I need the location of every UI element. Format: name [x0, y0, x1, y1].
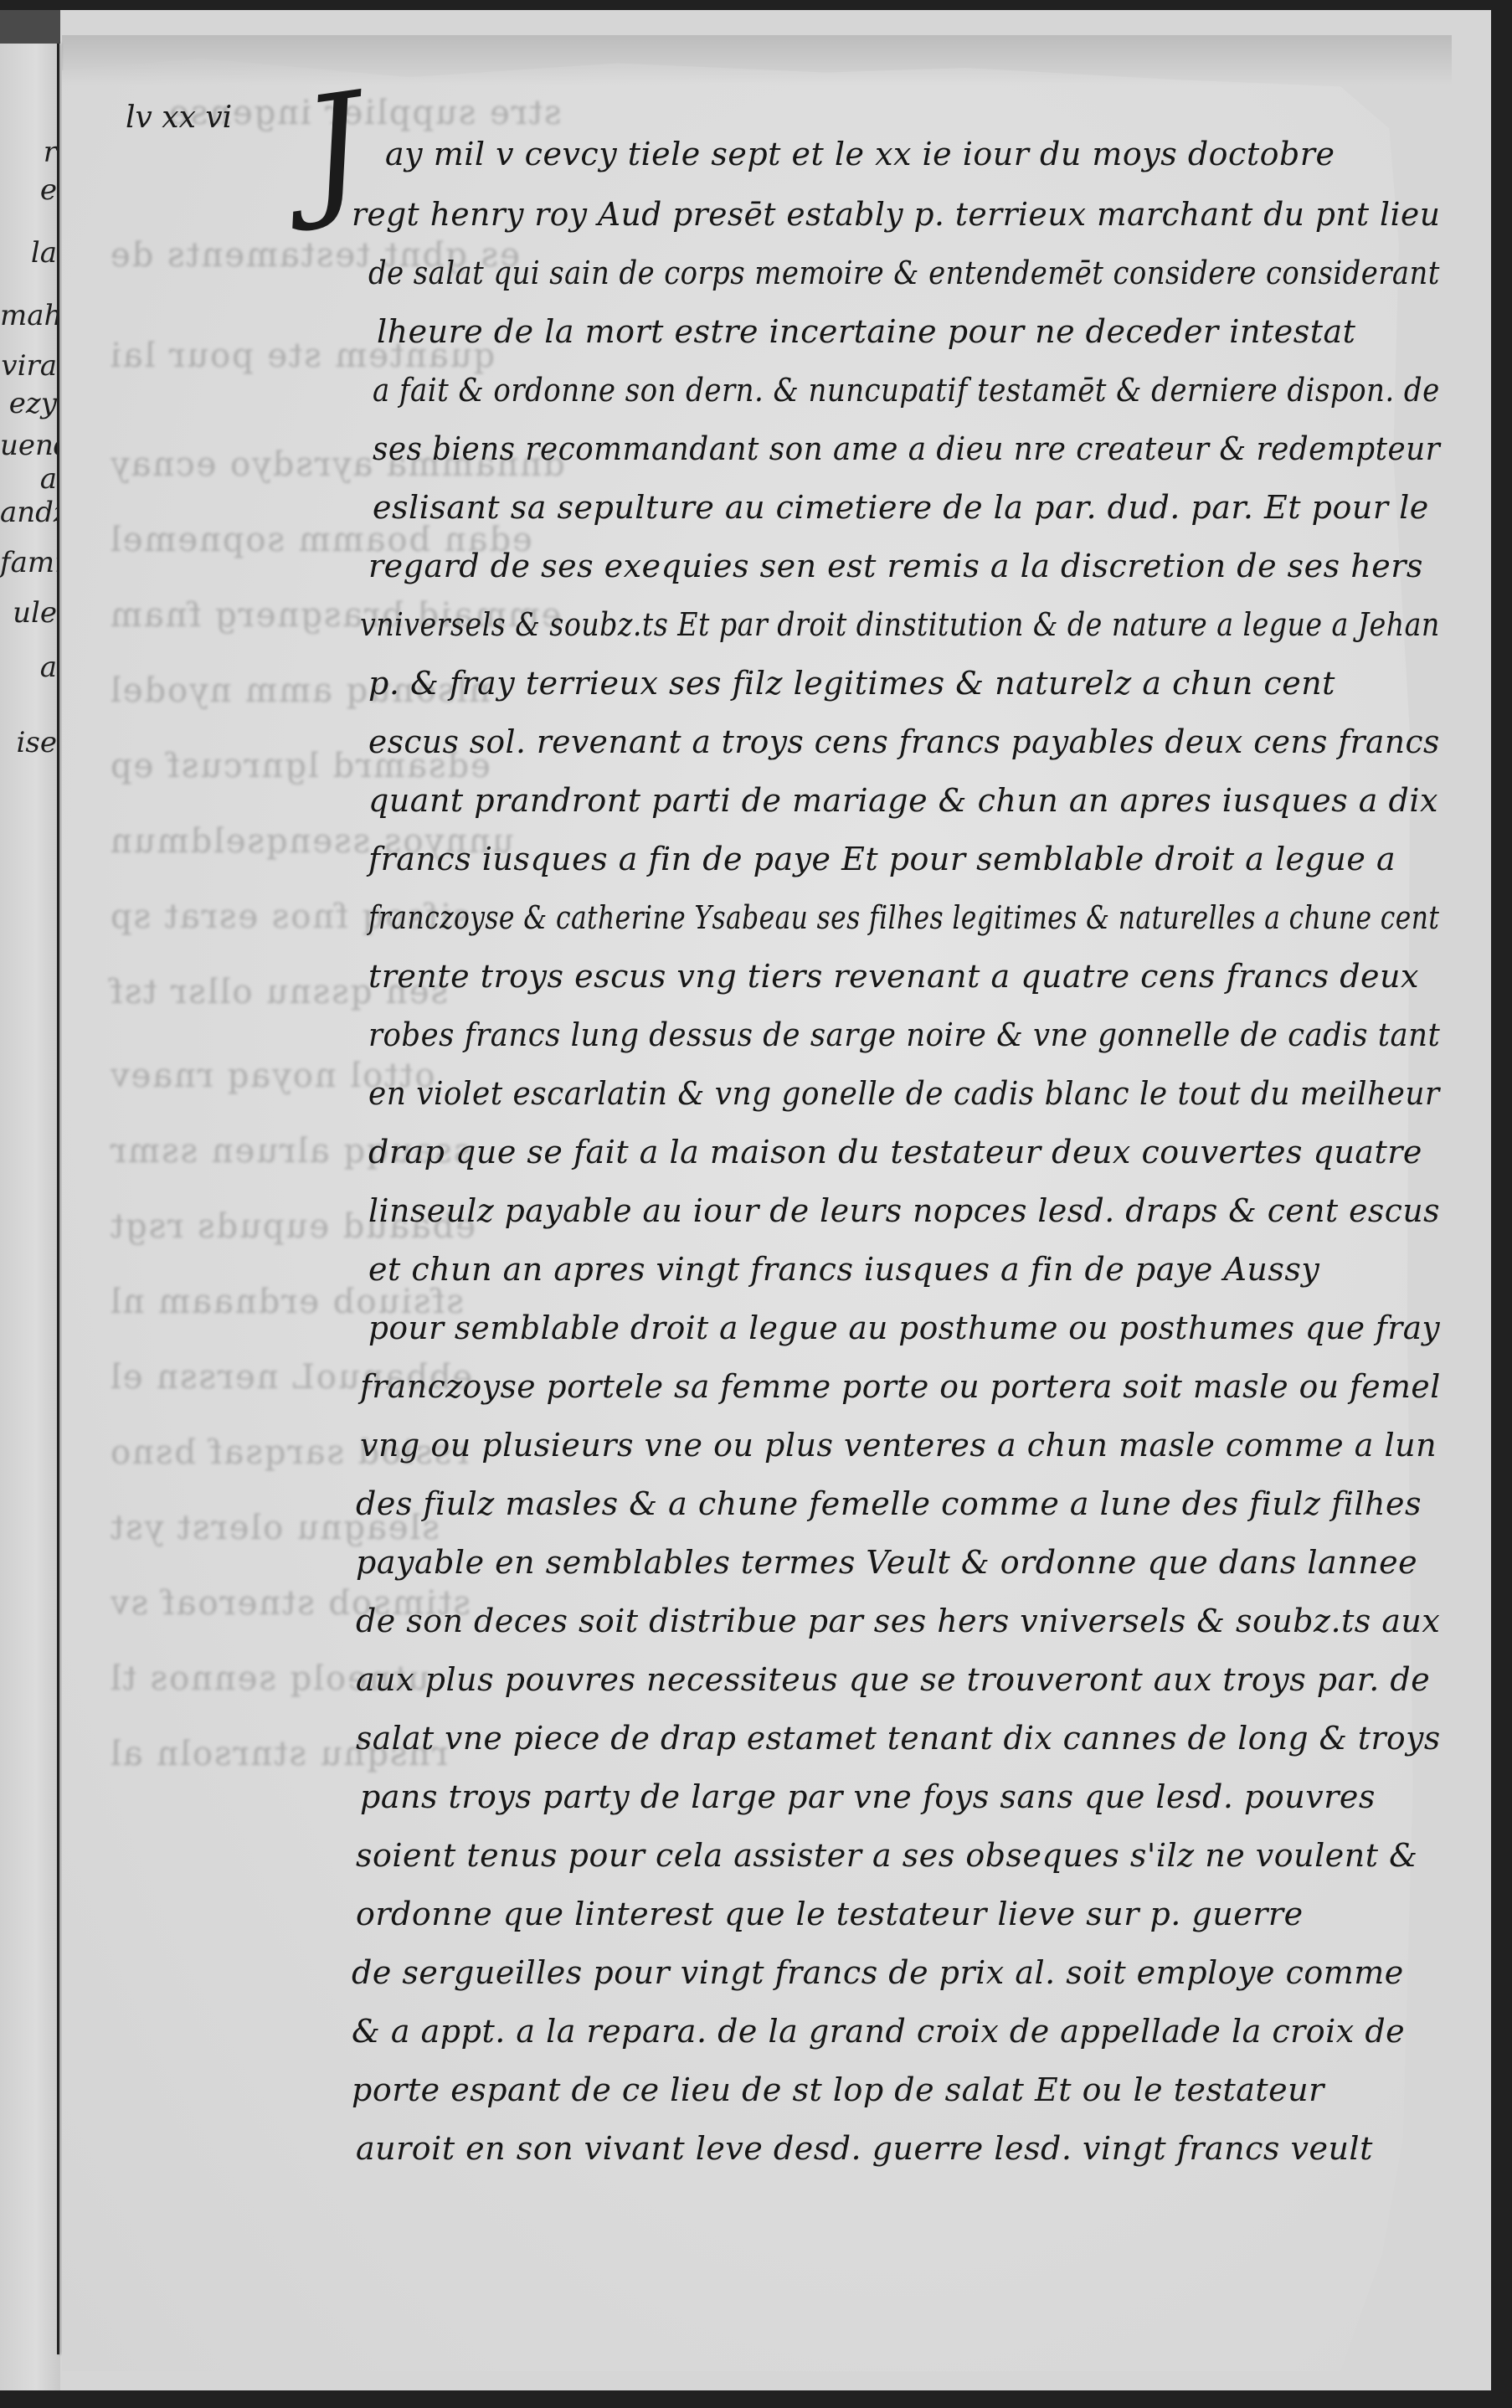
- manuscript-line: porte espant de ce lieu de st lop de sal…: [352, 2071, 1324, 2108]
- manuscript-line: vniversels & soubz.ts Et par droit dinst…: [360, 606, 1440, 643]
- left-page-fragment: famm: [0, 546, 57, 579]
- manuscript-line: des fiulz masles & a chune femelle comme…: [356, 1485, 1422, 1522]
- left-page-fragment: a: [0, 462, 57, 496]
- manuscript-line: drap que se fait a la maison du testateu…: [368, 1134, 1422, 1171]
- manuscript-line: auroit en son vivant leve desd. guerre l…: [356, 2130, 1373, 2167]
- manuscript-line: en violet escarlatin & vng gonelle de ca…: [368, 1075, 1440, 1112]
- manuscript-line: lheure de la mort estre incertaine pour …: [377, 313, 1355, 350]
- manuscript-line: pans troys party de large par vne foys s…: [360, 1778, 1376, 1815]
- manuscript-line: pour semblable droit a legue au posthume…: [368, 1309, 1440, 1346]
- manuscript-line: ay mil v cevcy tiele sept et le xx ie io…: [385, 136, 1335, 172]
- left-page-fragment: a: [0, 651, 57, 684]
- manuscript-line: linseulz payable au iour de leurs nopces…: [368, 1192, 1440, 1229]
- manuscript-line: escus sol. revenant a troys cens francs …: [368, 723, 1440, 760]
- manuscript-line: payable en semblables termes Veult & ord…: [356, 1544, 1417, 1581]
- manuscript-line: soient tenus pour cela assister a ses ob…: [356, 1837, 1417, 1874]
- document-viewer: r e la mahi vira ezy uend a andz famm ul…: [0, 10, 1491, 2390]
- left-page-fragment: r: [0, 136, 57, 169]
- manuscript-line: de salat qui sain de corps memoire & ent…: [368, 255, 1440, 291]
- binding-line: [57, 44, 59, 2354]
- left-page-fragment: e: [0, 173, 57, 207]
- manuscript-line: trente troys escus vng tiers revenant a …: [368, 958, 1419, 995]
- manuscript-line: quant prandront parti de mariage & chun …: [368, 782, 1438, 819]
- manuscript-line: salat vne piece de drap estamet tenant d…: [356, 1720, 1441, 1757]
- manuscript-line: francs iusques a fin de paye Et pour sem…: [368, 841, 1396, 877]
- left-page-fragment: la: [0, 236, 57, 270]
- left-page-fragment: vira: [0, 349, 57, 383]
- folio-number: lv xx vi: [126, 100, 232, 135]
- manuscript-line: & a appt. a la repara. de la grand croix…: [352, 2013, 1405, 2050]
- manuscript-line: ordonne que linterest que le testateur l…: [356, 1896, 1304, 1932]
- page-corner-shadow: [0, 10, 60, 44]
- manuscript-line: vng ou plusieurs vne ou plus venteres a …: [360, 1427, 1437, 1464]
- left-page-fragment: ezy: [0, 387, 57, 420]
- manuscript-line: franczoyse & catherine Ysabeau ses filhe…: [368, 899, 1439, 936]
- manuscript-line: franczoyse portele sa femme porte ou por…: [360, 1368, 1441, 1405]
- manuscript-line: de sergueilles pour vingt francs de prix…: [352, 1954, 1404, 1991]
- left-page-fragment: mahi: [0, 299, 57, 332]
- manuscript-line: et chun an apres vingt francs iusques a …: [368, 1251, 1319, 1288]
- manuscript-line: p. & fray terrieux ses filz legitimes & …: [368, 665, 1335, 702]
- left-page-fragment: ise: [0, 726, 57, 759]
- manuscript-line: ses biens recommandant son ame a dieu nr…: [373, 430, 1440, 467]
- manuscript-line: regt henry roy Aud presēt estably p. ter…: [352, 196, 1440, 233]
- left-page-edge: r e la mahi vira ezy uend a andz famm ul…: [0, 10, 60, 2390]
- left-page-fragment: andz: [0, 496, 57, 529]
- manuscript-line: regard de ses exequies sen est remis a l…: [368, 548, 1423, 584]
- left-page-fragment: uend: [0, 429, 57, 462]
- manuscript-line: a fait & ordonne son dern. & nuncupatif …: [373, 372, 1440, 409]
- page-top-shadow: [62, 35, 1452, 85]
- manuscript-line: robes francs lung dessus de sarge noire …: [368, 1016, 1440, 1053]
- manuscript-line: aux plus pouvres necessiteus que se trou…: [356, 1661, 1430, 1698]
- manuscript-line: de son deces soit distribue par ses hers…: [356, 1603, 1440, 1639]
- manuscript-line: eslisant sa sepulture au cimetiere de la…: [373, 489, 1429, 526]
- left-page-fragment: ule: [0, 596, 57, 630]
